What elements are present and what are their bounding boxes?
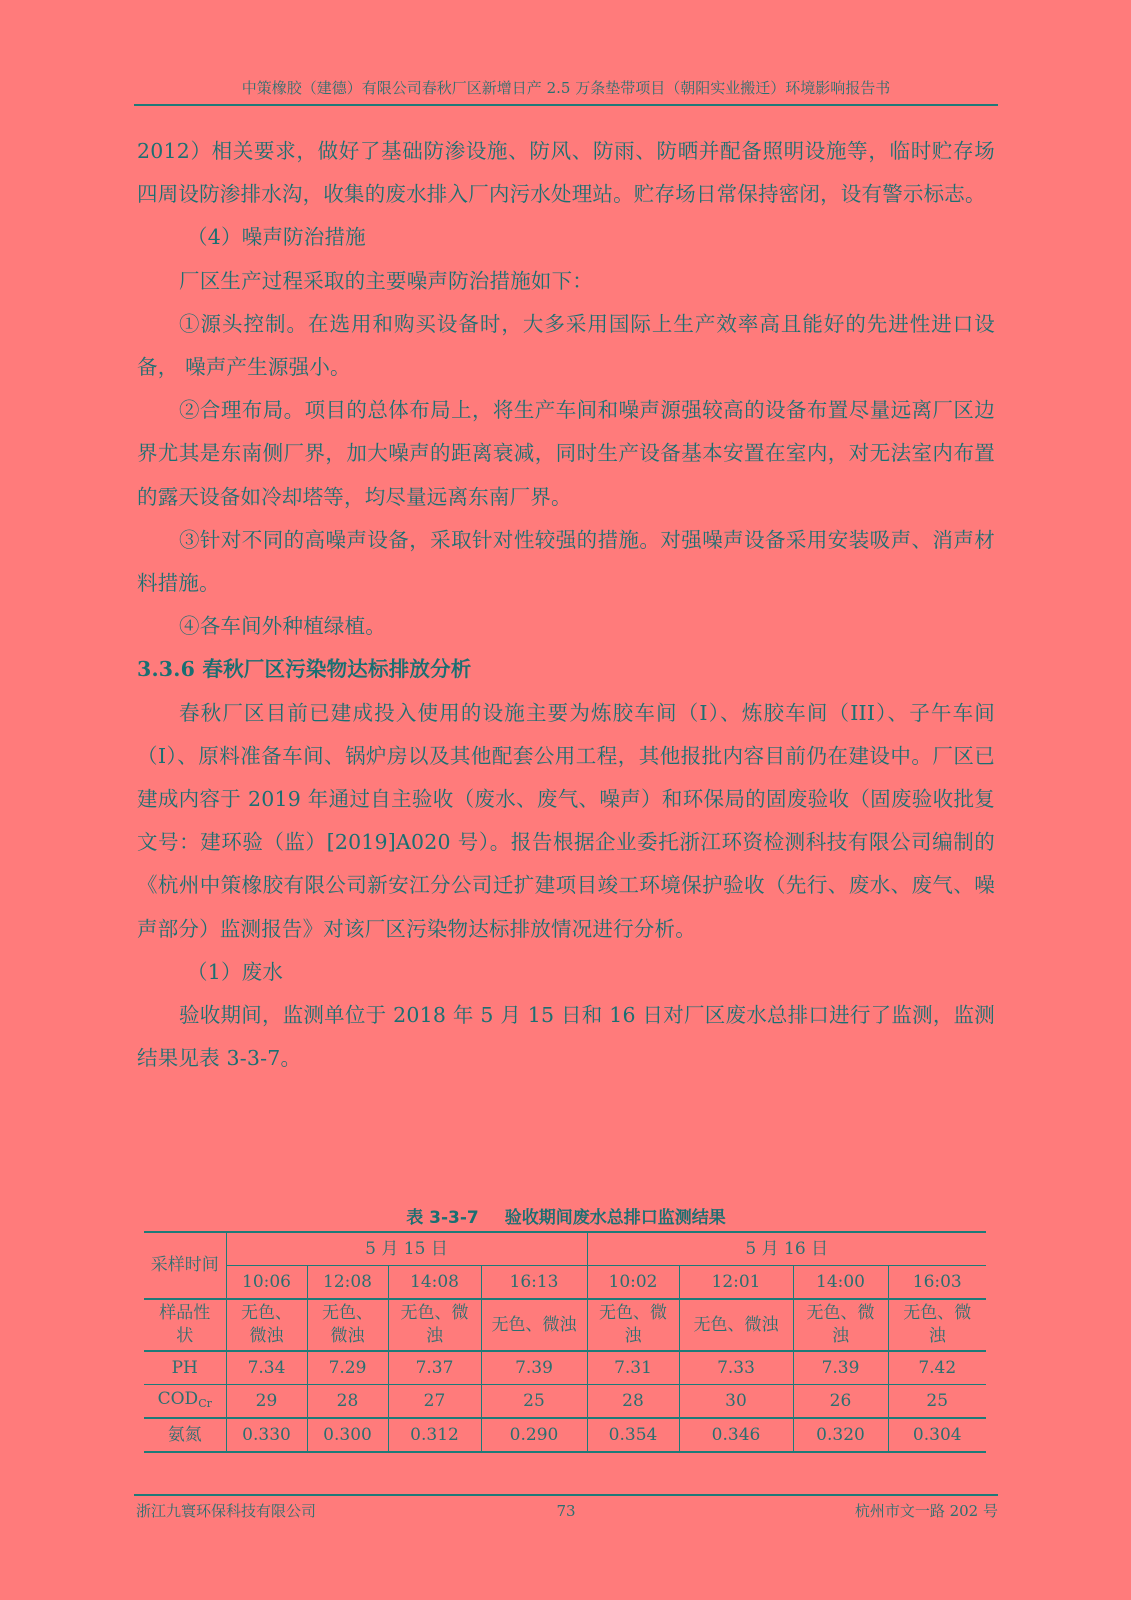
- table-caption-number: 表 3-3-7: [406, 1208, 479, 1228]
- paragraph: 春秋厂区目前已建成投入使用的设施主要为炼胶车间（I）、炼胶车间（III）、子午车…: [137, 692, 995, 951]
- table-cell: 28: [587, 1385, 679, 1419]
- table-cell: 无色、微浊: [679, 1299, 793, 1351]
- table-cell: 无色、微浊: [481, 1299, 587, 1351]
- time-cell: 10:02: [587, 1266, 679, 1300]
- row-header: PH: [144, 1351, 226, 1385]
- table-cell: 0.304: [888, 1418, 986, 1452]
- table-cell: 30: [679, 1385, 793, 1419]
- table-row: 10:06 12:08 14:08 16:13 10:02 12:01 14:0…: [144, 1266, 986, 1300]
- wastewater-monitoring-table: 采样时间 5 月 15 日 5 月 16 日 10:06 12:08 14:08…: [144, 1231, 986, 1453]
- table-cell: 无色、微浊: [388, 1299, 481, 1351]
- table-cell: 无色、微浊: [226, 1299, 307, 1351]
- paragraph: 验收期间，监测单位于 2018 年 5 月 15 日和 16 日对厂区废水总排口…: [137, 994, 995, 1080]
- footer-divider: [134, 1494, 998, 1496]
- time-cell: 16:13: [481, 1266, 587, 1300]
- footer-address: 杭州市文一路 202 号: [855, 1501, 998, 1521]
- table-cell: 0.312: [388, 1418, 481, 1452]
- table-row: 采样时间 5 月 15 日 5 月 16 日: [144, 1232, 986, 1266]
- time-cell: 12:01: [679, 1266, 793, 1300]
- paragraph: ④各车间外种植绿植。: [137, 605, 995, 648]
- row-header: 采样时间: [144, 1232, 226, 1299]
- table-cell: 25: [481, 1385, 587, 1419]
- table-cell: 7.42: [888, 1351, 986, 1385]
- table-cell: 0.290: [481, 1418, 587, 1452]
- table-cell: 7.39: [481, 1351, 587, 1385]
- table-cell: 27: [388, 1385, 481, 1419]
- document-body: 2012）相关要求，做好了基础防渗设施、防风、防雨、防晒并配备照明设施等，临时贮…: [137, 130, 995, 1080]
- subheading-noise: （4）噪声防治措施: [137, 216, 995, 259]
- table-cell: 0.354: [587, 1418, 679, 1452]
- table-cell: 无色、微浊: [587, 1299, 679, 1351]
- table-cell: 7.29: [307, 1351, 388, 1385]
- header-divider: [134, 104, 998, 106]
- table-caption-title: 验收期间废水总排口监测结果: [505, 1208, 726, 1228]
- table-row: 样品性状 无色、微浊 无色、微浊 无色、微浊 无色、微浊 无色、微浊 无色、微浊…: [144, 1299, 986, 1351]
- row-header: CODCr: [144, 1385, 226, 1419]
- table-cell: 28: [307, 1385, 388, 1419]
- date-header: 5 月 16 日: [587, 1232, 986, 1266]
- table-cell: 7.33: [679, 1351, 793, 1385]
- table-cell: 7.39: [793, 1351, 888, 1385]
- row-header: 氨氮: [144, 1418, 226, 1452]
- table-cell: 26: [793, 1385, 888, 1419]
- table-cell: 7.31: [587, 1351, 679, 1385]
- paragraph: ①源头控制。在选用和购买设备时，大多采用国际上生产效率高且能好的先进性进口设备，…: [137, 303, 995, 389]
- table-row: PH 7.34 7.29 7.37 7.39 7.31 7.33 7.39 7.…: [144, 1351, 986, 1385]
- paragraph: 2012）相关要求，做好了基础防渗设施、防风、防雨、防晒并配备照明设施等，临时贮…: [137, 130, 995, 216]
- subheading-wastewater: （1）废水: [137, 951, 995, 994]
- table-cell: 0.300: [307, 1418, 388, 1452]
- table-cell: 7.37: [388, 1351, 481, 1385]
- time-cell: 14:00: [793, 1266, 888, 1300]
- table-cell: 7.34: [226, 1351, 307, 1385]
- row-header: 样品性状: [144, 1299, 226, 1351]
- table-cell: 0.330: [226, 1418, 307, 1452]
- table-cell: 0.320: [793, 1418, 888, 1452]
- table-cell: 无色、微浊: [307, 1299, 388, 1351]
- paragraph: ②合理布局。项目的总体布局上，将生产车间和噪声源强较高的设备布置尽量远离厂区边界…: [137, 389, 995, 519]
- row-header-subscript: Cr: [198, 1397, 212, 1410]
- time-cell: 12:08: [307, 1266, 388, 1300]
- table-cell: 0.346: [679, 1418, 793, 1452]
- table-caption: 表 3-3-7验收期间废水总排口监测结果: [137, 1203, 995, 1228]
- table-cell: 25: [888, 1385, 986, 1419]
- table-cell: 无色、微浊: [793, 1299, 888, 1351]
- paragraph: ③针对不同的高噪声设备，采取针对性较强的措施。对强噪声设备采用安装吸声、消声材料…: [137, 519, 995, 605]
- time-cell: 14:08: [388, 1266, 481, 1300]
- time-cell: 16:03: [888, 1266, 986, 1300]
- time-cell: 10:06: [226, 1266, 307, 1300]
- table-row: 氨氮 0.330 0.300 0.312 0.290 0.354 0.346 0…: [144, 1418, 986, 1452]
- table-row: CODCr 29 28 27 25 28 30 26 25: [144, 1385, 986, 1419]
- running-header: 中策橡胶（建德）有限公司春秋厂区新增日产 2.5 万条垫带项目（朝阳实业搬迁）环…: [134, 78, 998, 98]
- paragraph: 厂区生产过程采取的主要噪声防治措施如下：: [137, 260, 995, 303]
- date-header: 5 月 15 日: [226, 1232, 587, 1266]
- table-cell: 29: [226, 1385, 307, 1419]
- section-title: 3.3.6 春秋厂区污染物达标排放分析: [137, 648, 995, 691]
- table-cell: 无色、微浊: [888, 1299, 986, 1351]
- row-header-label: COD: [158, 1389, 199, 1409]
